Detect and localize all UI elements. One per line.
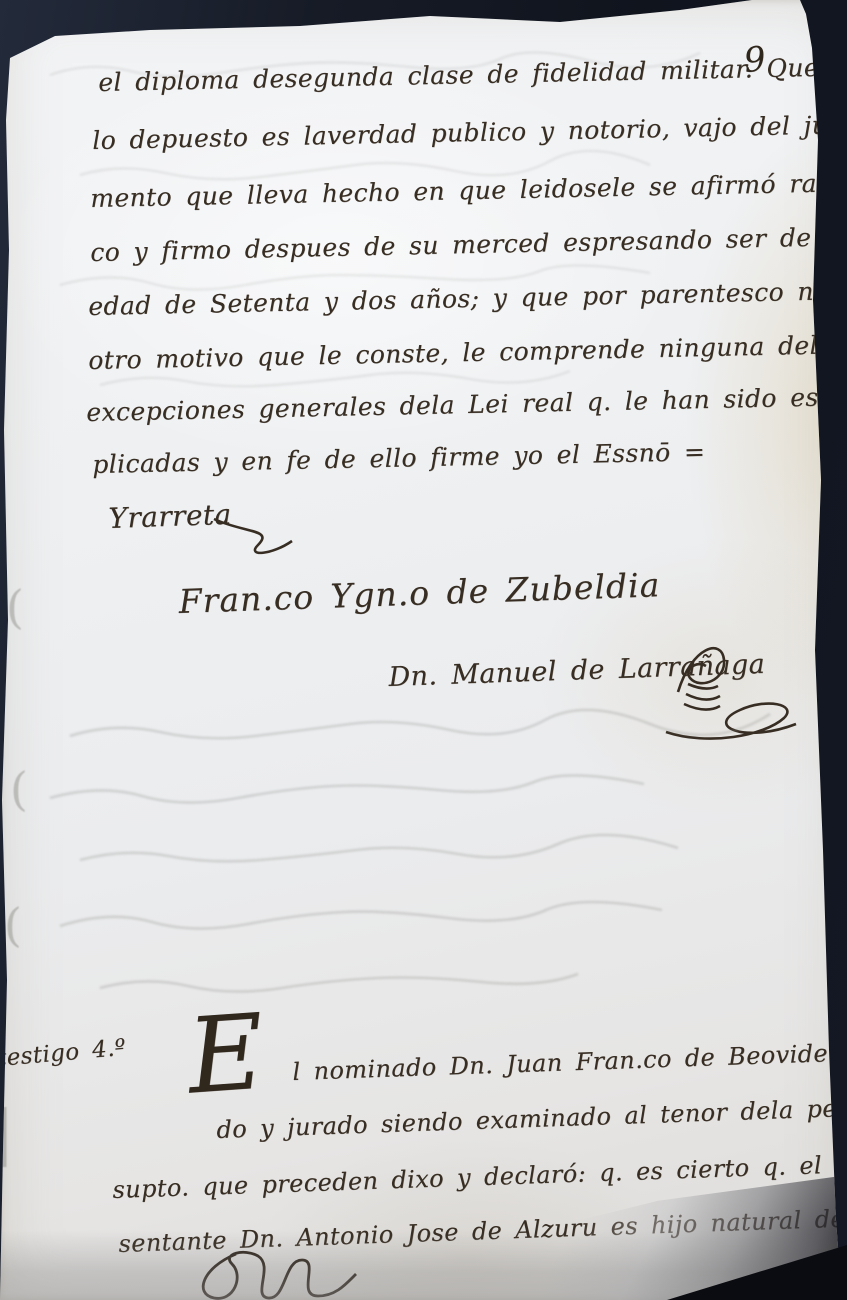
decorative-initial: E [185, 1005, 268, 1104]
signature-notary: Dn. Manuel de Larrañaga [388, 649, 766, 693]
manuscript-line: edad de Setenta y dos años; y que por pa… [88, 275, 847, 321]
bleedthrough-mark: ( [4, 898, 22, 952]
manuscript-line: lo depuesto es laverdad publico y notori… [92, 110, 847, 155]
manuscript-line: plicadas y en fe de ello firme yo el Ess… [92, 437, 706, 479]
signature-clerk: Yrarreta [108, 498, 232, 535]
manuscript-line: l nominado Dn. Juan Fran.co de Beovide t… [292, 1031, 847, 1086]
manuscript-line: otro motivo que le conste, le comprende … [88, 330, 847, 375]
margin-note-witness-4: testigo 4.º [0, 1035, 127, 1072]
manuscript-line: excepciones generales dela Lei real q. l… [86, 382, 828, 427]
manuscript-line: el diploma desegunda clase de fidelidad … [98, 53, 819, 97]
bleedthrough-mark: ( [6, 580, 24, 634]
scanner-background: 9 el diploma desegunda clase de fidelida… [0, 0, 847, 1300]
manuscript-line: mento que lleva hecho en que leidosele s… [90, 168, 847, 213]
manuscript-line: sentante Dn. Antonio Jose de Alzuru es h… [118, 1200, 847, 1258]
manuscript-line: co y firmo despues de su merced espresan… [90, 223, 812, 267]
bleedthrough-ink-middle [40, 720, 810, 1020]
manuscript-line: do y jurado siendo examinado al tenor de… [216, 1091, 847, 1144]
bleedthrough-mark: ( [10, 762, 28, 816]
signature-witness: Fran.co Ygn.o de Zubeldia [178, 565, 661, 621]
manuscript-line: supto. que preceden dixo y declaró: q. e… [112, 1149, 847, 1204]
bleedthrough-mark: | [0, 1098, 14, 1168]
manuscript-page: 9 el diploma desegunda clase de fidelida… [0, 0, 847, 1300]
